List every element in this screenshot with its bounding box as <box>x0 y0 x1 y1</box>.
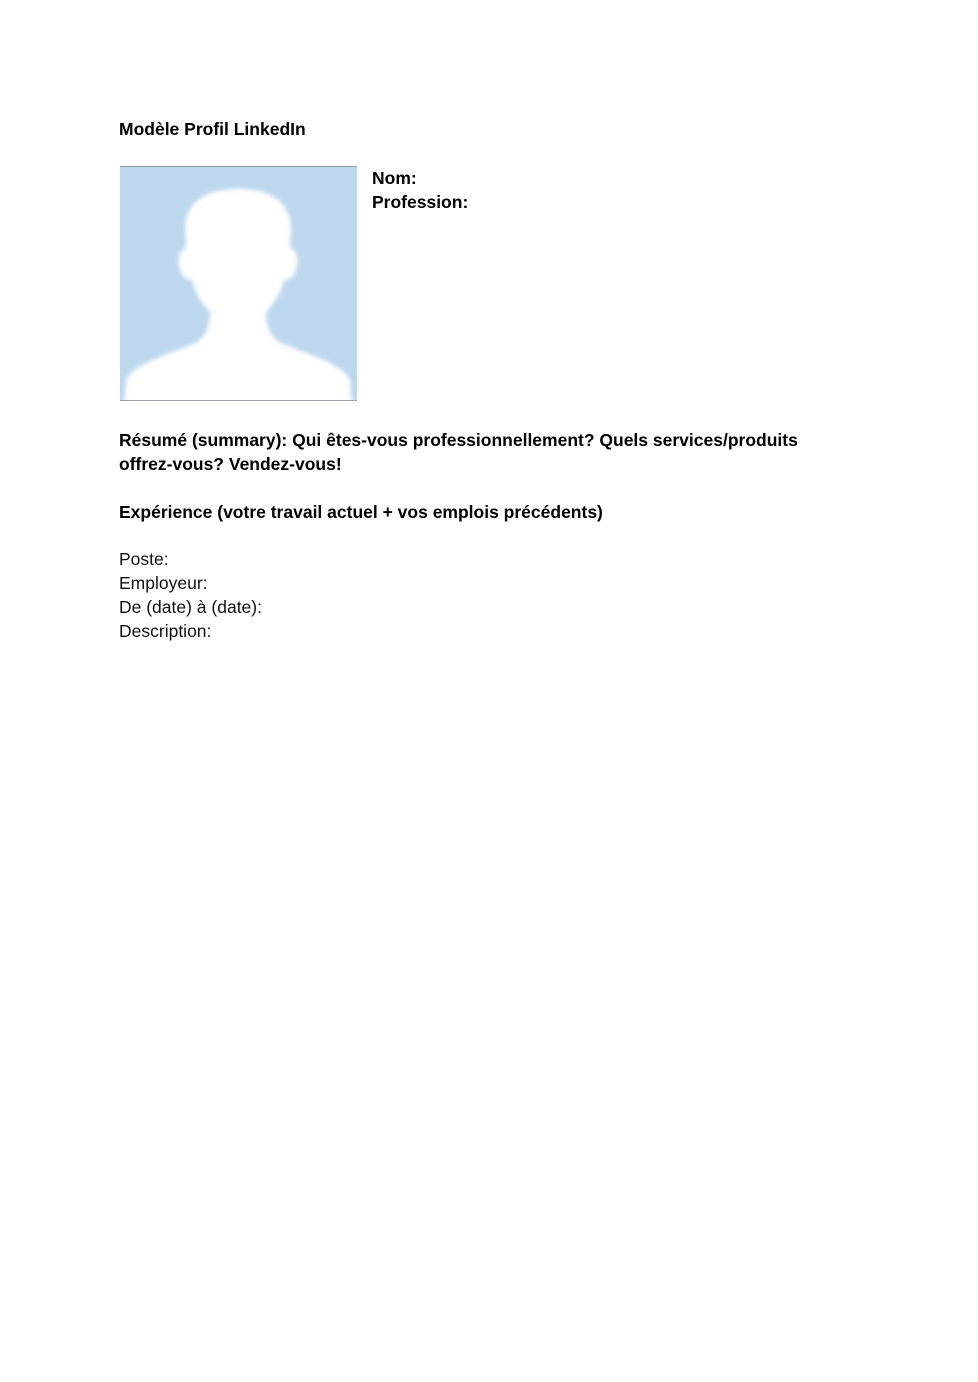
experience-fields: Poste: Employeur: De (date) à (date): De… <box>119 547 262 643</box>
document-page: Modèle Profil LinkedIn Nom: Profession: … <box>0 0 978 1382</box>
profile-fields: Nom: Profession: <box>372 166 468 214</box>
summary-prompt: Résumé (summary): Qui êtes-vous professi… <box>119 428 839 476</box>
name-label: Nom: <box>372 166 468 190</box>
profile-photo-placeholder <box>120 166 357 401</box>
experience-heading: Expérience (votre travail actuel + vos e… <box>119 500 603 524</box>
date-range-label: De (date) à (date): <box>119 595 262 619</box>
profession-label: Profession: <box>372 190 468 214</box>
document-title: Modèle Profil LinkedIn <box>119 118 306 140</box>
person-silhouette-icon <box>120 167 357 400</box>
position-label: Poste: <box>119 547 262 571</box>
description-label: Description: <box>119 619 262 643</box>
employer-label: Employeur: <box>119 571 262 595</box>
